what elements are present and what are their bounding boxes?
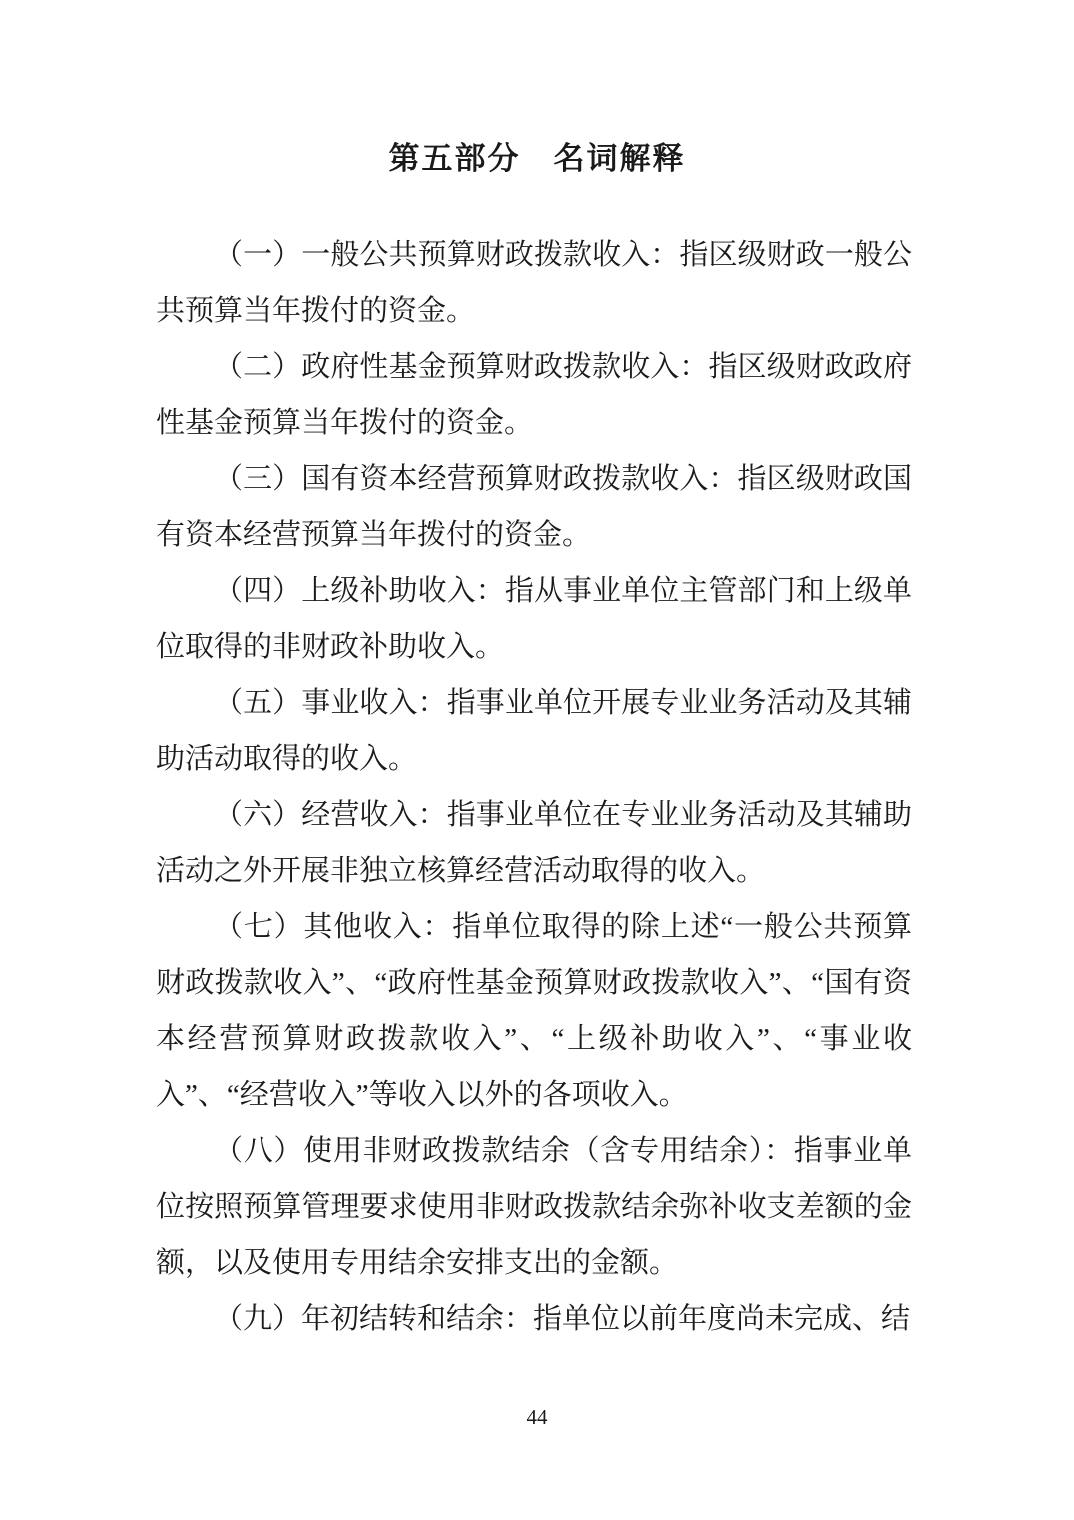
page-title: 第五部分 名词解释	[0, 140, 1074, 178]
definition-paragraph-7: （七）其他收入：指单位取得的除上述“一般公共预算财政拨款收入”、“政府性基金预算…	[156, 899, 912, 1123]
page-number: 44	[0, 1403, 1074, 1431]
definition-paragraph-5: （五）事业收入：指事业单位开展专业业务活动及其辅助活动取得的收入。	[156, 675, 912, 787]
definition-paragraph-6: （六）经营收入：指事业单位在专业业务活动及其辅助活动之外开展非独立核算经营活动取…	[156, 787, 912, 899]
document-page: 第五部分 名词解释 （一）一般公共预算财政拨款收入：指区级财政一般公共预算当年拨…	[0, 0, 1074, 1520]
definition-paragraph-8: （八）使用非财政拨款结余（含专用结余）：指事业单位按照预算管理要求使用非财政拨款…	[156, 1123, 912, 1291]
document-body: （一）一般公共预算财政拨款收入：指区级财政一般公共预算当年拨付的资金。 （二）政…	[156, 227, 912, 1347]
definition-paragraph-1: （一）一般公共预算财政拨款收入：指区级财政一般公共预算当年拨付的资金。	[156, 227, 912, 339]
definition-paragraph-4: （四）上级补助收入：指从事业单位主管部门和上级单位取得的非财政补助收入。	[156, 563, 912, 675]
definition-paragraph-9: （九）年初结转和结余：指单位以前年度尚未完成、结	[156, 1291, 912, 1347]
definition-paragraph-2: （二）政府性基金预算财政拨款收入：指区级财政政府性基金预算当年拨付的资金。	[156, 339, 912, 451]
definition-paragraph-3: （三）国有资本经营预算财政拨款收入：指区级财政国有资本经营预算当年拨付的资金。	[156, 451, 912, 563]
